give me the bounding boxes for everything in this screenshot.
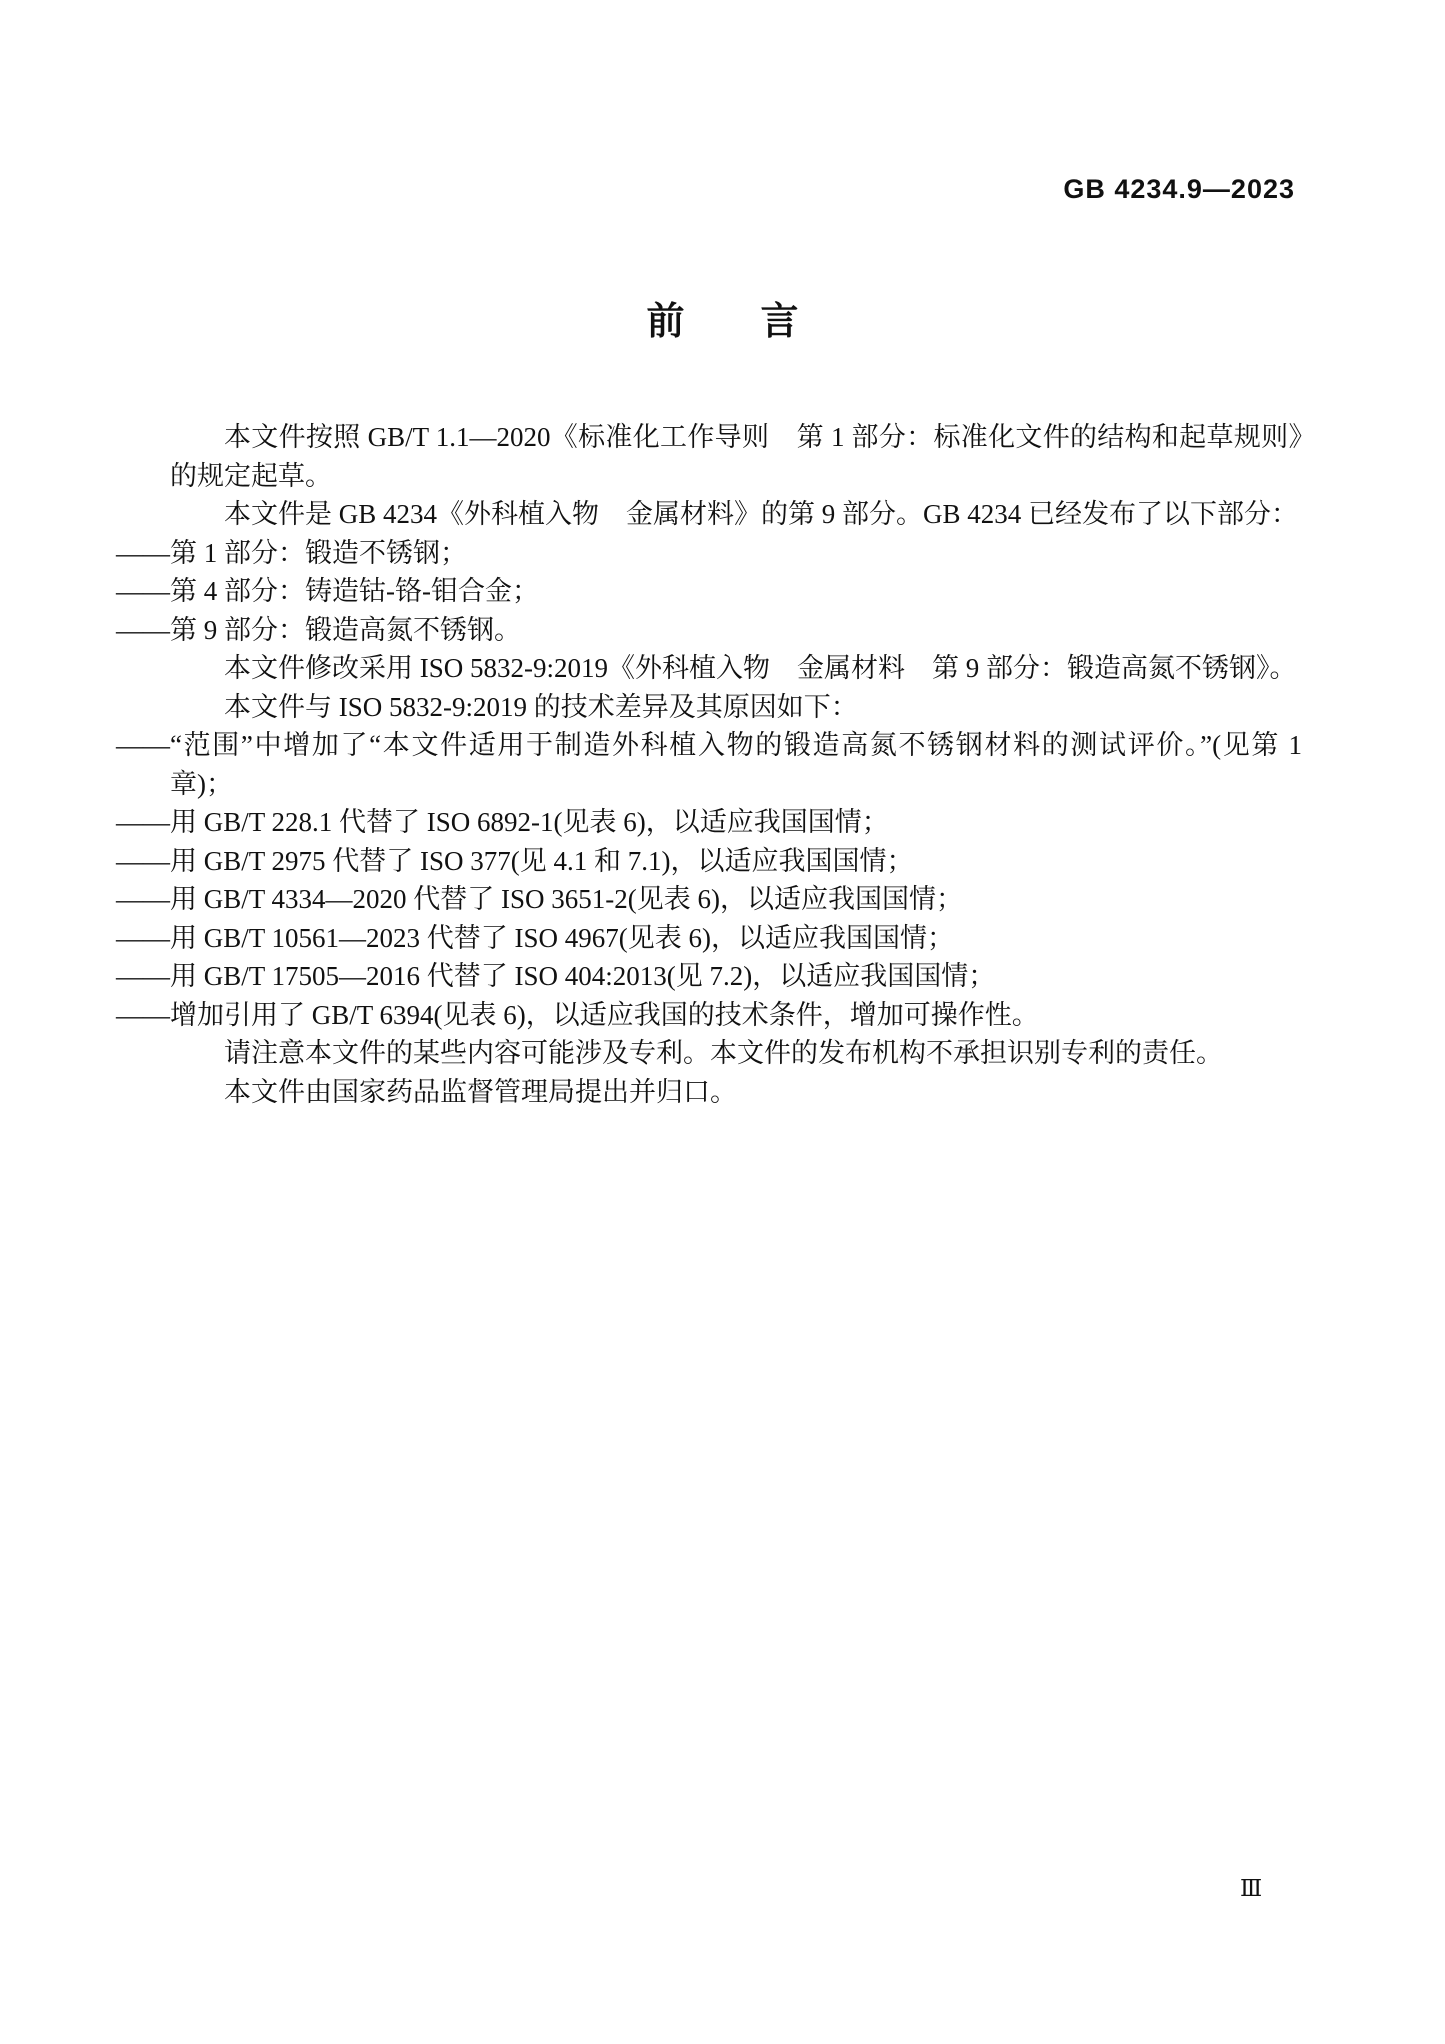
list-item: ——第 4 部分：铸造钴-铬-钼合金； — [170, 572, 1302, 611]
paragraph: 本文件修改采用 ISO 5832-9:2019《外科植入物 金属材料 第 9 部… — [170, 649, 1302, 688]
foreword-body: 本文件按照 GB/T 1.1—2020《标准化工作导则 第 1 部分：标准化文件… — [170, 418, 1302, 1111]
list-item: ——用 GB/T 4334—2020 代替了 ISO 3651-2(见表 6)，… — [170, 880, 1302, 919]
list-item: ——用 GB/T 228.1 代替了 ISO 6892-1(见表 6)，以适应我… — [170, 803, 1302, 842]
paragraph: 本文件按照 GB/T 1.1—2020《标准化工作导则 第 1 部分：标准化文件… — [170, 418, 1302, 495]
paragraph: 本文件由国家药品监督管理局提出并归口。 — [170, 1073, 1302, 1112]
list-item: ——“范围”中增加了“本文件适用于制造外科植入物的锻造高氮不锈钢材料的测试评价。… — [170, 726, 1302, 803]
list-item: ——用 GB/T 17505—2016 代替了 ISO 404:2013(见 7… — [170, 957, 1302, 996]
paragraph: 本文件是 GB 4234《外科植入物 金属材料》的第 9 部分。GB 4234 … — [170, 495, 1302, 534]
list-item: ——第 9 部分：锻造高氮不锈钢。 — [170, 611, 1302, 650]
list-item: ——用 GB/T 10561—2023 代替了 ISO 4967(见表 6)，以… — [170, 919, 1302, 958]
page-title: 前 言 — [0, 290, 1445, 345]
paragraph: 本文件与 ISO 5832-9:2019 的技术差异及其原因如下： — [170, 688, 1302, 727]
list-item: ——增加引用了 GB/T 6394(见表 6)，以适应我国的技术条件，增加可操作… — [170, 996, 1302, 1035]
page-number: Ⅲ — [1240, 1876, 1262, 1902]
standard-code-header: GB 4234.9—2023 — [0, 174, 1295, 205]
document-page: GB 4234.9—2023 前 言 本文件按照 GB/T 1.1—2020《标… — [0, 0, 1445, 2044]
list-item: ——用 GB/T 2975 代替了 ISO 377(见 4.1 和 7.1)，以… — [170, 842, 1302, 881]
list-item: ——第 1 部分：锻造不锈钢； — [170, 534, 1302, 573]
paragraph: 请注意本文件的某些内容可能涉及专利。本文件的发布机构不承担识别专利的责任。 — [170, 1034, 1302, 1073]
